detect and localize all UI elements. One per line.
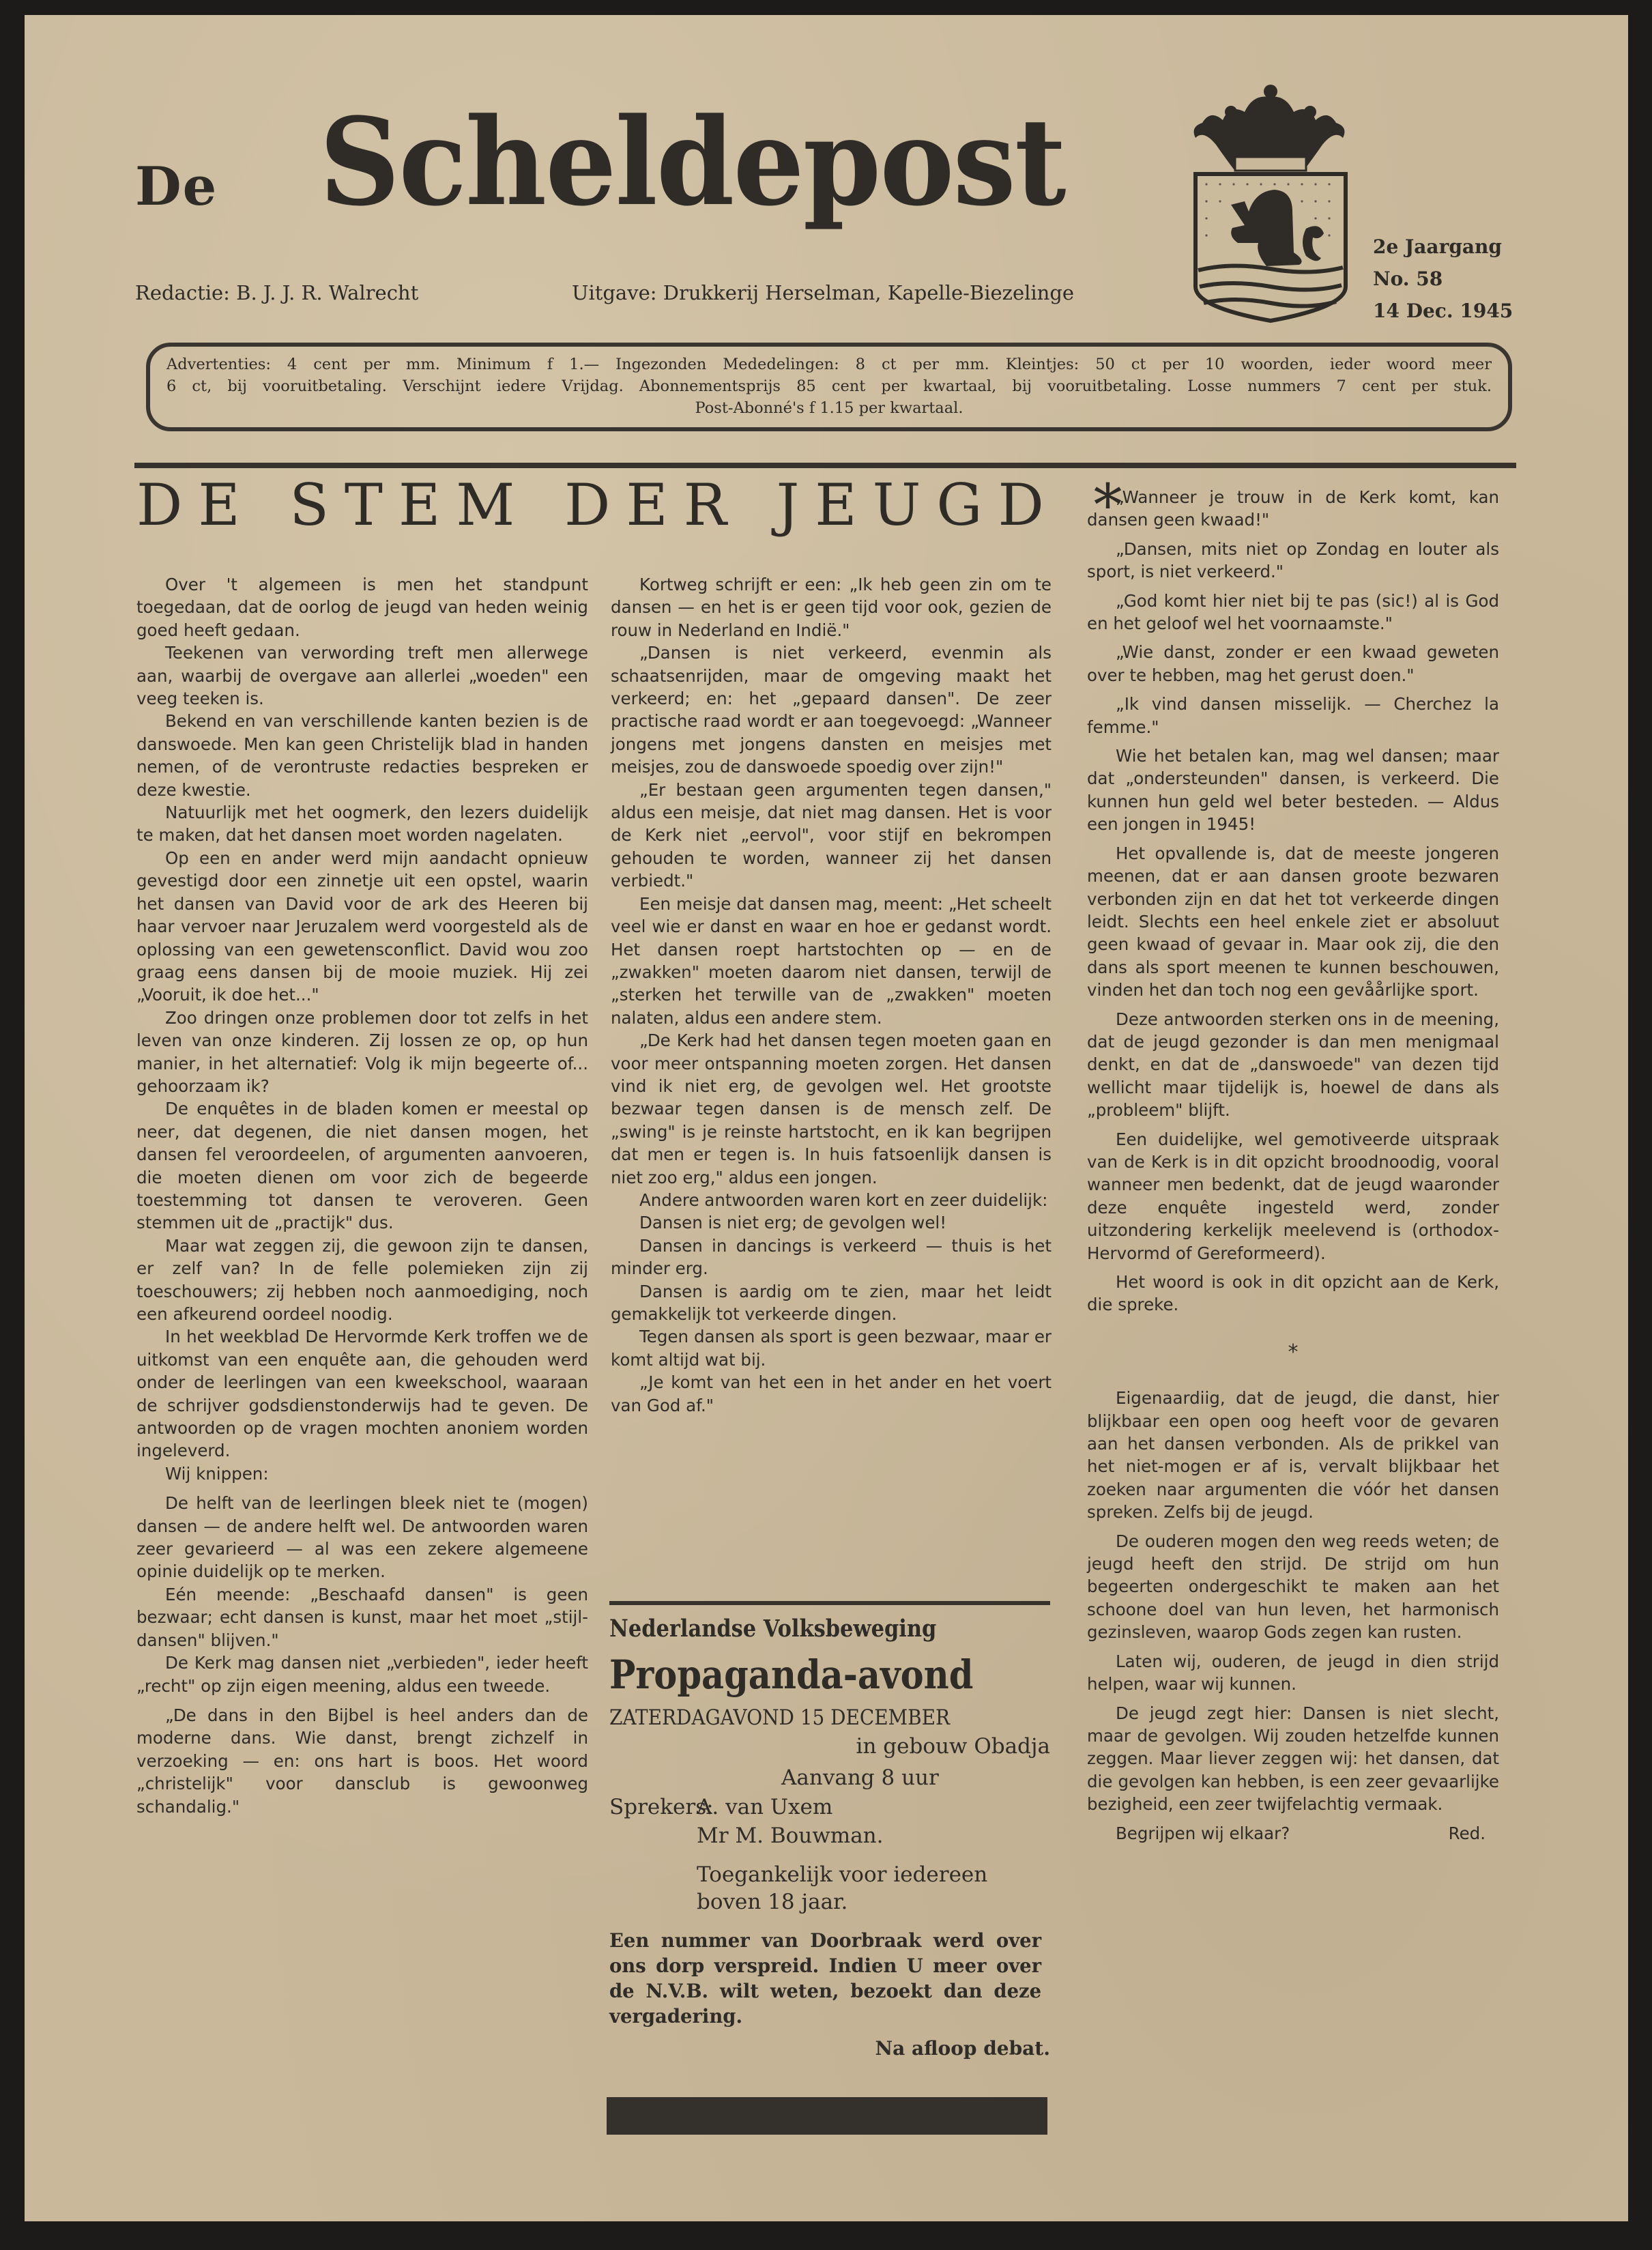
ad-speakers: Sprekers: A. van Uxem Mr M. Bouwman. bbox=[609, 1793, 1050, 1850]
speaker: A. van Uxem bbox=[697, 1793, 884, 1821]
paragraph: Het woord is ook in dit opzicht aan de K… bbox=[1087, 1271, 1499, 1316]
advertisement-rule bbox=[609, 1601, 1050, 1605]
paragraph: De jeugd zegt hier: Dansen is niet slech… bbox=[1087, 1702, 1499, 1816]
paragraph: „God komt hier niet bij te pas (sic!) al… bbox=[1087, 590, 1499, 635]
paragraph: De Kerk mag dansen niet „verbieden", ied… bbox=[136, 1652, 588, 1697]
advertisement: Nederlandse Volksbeweging Propaganda-avo… bbox=[609, 1612, 1050, 2060]
article-column-3: „Wanneer je trouw in de Kerk komt, kan d… bbox=[1087, 486, 1499, 1851]
paragraph: Over 't algemeen is men het standpunt to… bbox=[136, 573, 588, 641]
paragraph: „Dansen is niet verkeerd, evenmin als sc… bbox=[611, 641, 1052, 778]
black-bar bbox=[607, 2097, 1047, 2135]
article-headline: DE STEM DER JEUGD * bbox=[136, 476, 1138, 534]
paragraph: In het weekblad De Hervormde Kerk troffe… bbox=[136, 1325, 588, 1462]
masthead-prefix: De bbox=[135, 156, 218, 218]
rates-line: 6 ct, bij vooruitbetaling. Verschijnt ie… bbox=[150, 375, 1508, 397]
paragraph: Natuurlijk met het oogmerk, den lezers d… bbox=[136, 801, 588, 847]
paragraph: „Wanneer je trouw in de Kerk komt, kan d… bbox=[1087, 486, 1499, 532]
rates-box: Advertenties: 4 cent per mm. Minimum f 1… bbox=[146, 343, 1512, 431]
signature: Red. bbox=[1449, 1822, 1486, 1845]
article-column-1: Over 't algemeen is men het standpunt to… bbox=[136, 573, 588, 1818]
paragraph: „Ik vind dansen misselijk. — Cherchez la… bbox=[1087, 693, 1499, 738]
paragraph: Wie het betalen kan, mag wel dansen; maa… bbox=[1087, 745, 1499, 836]
paragraph: Eigenaardiig, dat de jeugd, die danst, h… bbox=[1087, 1387, 1499, 1523]
volume: 2e Jaargang bbox=[1373, 231, 1513, 263]
ad-admission: Toegankelijk voor iedereen boven 18 jaar… bbox=[609, 1861, 1050, 1916]
masthead-title: Scheldepost bbox=[319, 102, 1065, 222]
paragraph: Dansen is aardig om te zien, maar het le… bbox=[611, 1280, 1052, 1326]
paragraph: Tegen dansen als sport is geen bezwaar, … bbox=[611, 1325, 1052, 1371]
paragraph: De helft van de leerlingen bleek niet te… bbox=[136, 1492, 588, 1583]
ad-organisation: Nederlandse Volksbeweging bbox=[609, 1615, 993, 1643]
editor-line: Redactie: B. J. J. R. Walrecht bbox=[135, 281, 418, 304]
closing-question: Begrijpen wij elkaar? bbox=[1116, 1822, 1290, 1845]
publisher-line: Uitgave: Drukkerij Herselman, Kapelle-Bi… bbox=[572, 281, 1074, 304]
paragraph: Een meisje dat dansen mag, meent: „Het s… bbox=[611, 893, 1052, 1029]
paragraph: „De Kerk had het dansen tegen moeten gaa… bbox=[611, 1029, 1052, 1189]
paragraph: Teekenen van verwording treft men allerw… bbox=[136, 641, 588, 710]
ad-event-title: Propaganda-avond bbox=[609, 1654, 997, 1697]
issue-date: 14 Dec. 1945 bbox=[1373, 295, 1513, 327]
paragraph: Dansen in dancings is verkeerd — thuis i… bbox=[611, 1235, 1052, 1280]
paragraph: „Je komt van het een in het ander en het… bbox=[611, 1371, 1052, 1417]
divider-rule bbox=[134, 463, 1516, 468]
closing-line: Begrijpen wij elkaar? Red. bbox=[1087, 1822, 1499, 1845]
ad-start-time: Aanvang 8 uur bbox=[609, 1765, 1050, 1790]
paragraph: Zoo dringen onze problemen door tot zelf… bbox=[136, 1007, 588, 1098]
paragraph: „Wie danst, zonder er een kwaad geweten … bbox=[1087, 641, 1499, 687]
section-separator: * bbox=[1087, 1341, 1499, 1364]
ad-date: ZATERDAGAVOND 15 DECEMBER bbox=[609, 1705, 1006, 1730]
paragraph: „Dansen, mits niet op Zondag en louter a… bbox=[1087, 538, 1499, 583]
paragraph: De enquêtes in de bladen komen er meesta… bbox=[136, 1097, 588, 1234]
paragraph: Maar wat zeggen zij, die gewoon zijn te … bbox=[136, 1235, 588, 1326]
issue-number: No. 58 bbox=[1373, 263, 1513, 295]
article-column-2: Kortweg schrijft er een: „Ik heb geen zi… bbox=[611, 573, 1052, 1417]
paragraph: Wij knippen: bbox=[136, 1462, 588, 1485]
paragraph: „Er bestaan geen argumenten tegen dansen… bbox=[611, 779, 1052, 893]
speaker: Mr M. Bouwman. bbox=[697, 1821, 884, 1850]
paragraph: „De dans in den Bijbel is heel anders da… bbox=[136, 1704, 588, 1818]
paragraph: Een duidelijke, wel gemotiveerde uitspra… bbox=[1087, 1128, 1499, 1265]
paragraph: Dansen is niet erg; de gevolgen wel! bbox=[611, 1211, 1052, 1234]
issue-info: 2e Jaargang No. 58 14 Dec. 1945 bbox=[1373, 231, 1513, 327]
paragraph: Bekend en van verschillende kanten bezie… bbox=[136, 710, 588, 801]
rates-line: Advertenties: 4 cent per mm. Minimum f 1… bbox=[150, 354, 1508, 375]
paragraph: Kortweg schrijft er een: „Ik heb geen zi… bbox=[611, 573, 1052, 641]
paragraph: Het opvallende is, dat de meeste jongere… bbox=[1087, 842, 1499, 1002]
rates-line: Post-Abonné's f 1.15 per kwartaal. bbox=[150, 397, 1508, 419]
paragraph: Eén meende: „Beschaafd dansen" is geen b… bbox=[136, 1583, 588, 1652]
coat-of-arms-icon bbox=[1190, 82, 1351, 325]
ad-debate: Na afloop debat. bbox=[609, 2037, 1050, 2060]
paragraph: De ouderen mogen den weg reeds weten; de… bbox=[1087, 1530, 1499, 1644]
paragraph: Op een en ander werd mijn aandacht opnie… bbox=[136, 847, 588, 1007]
paragraph: Deze antwoorden sterken ons in de meenin… bbox=[1087, 1008, 1499, 1122]
ad-venue: in gebouw Obadja bbox=[609, 1734, 1050, 1759]
paragraph: Andere antwoorden waren kort en zeer dui… bbox=[611, 1189, 1052, 1211]
speakers-label: Sprekers: bbox=[609, 1793, 697, 1850]
ad-notice: Een nummer van Doorbraak werd over ons d… bbox=[609, 1928, 1041, 2029]
paragraph: Laten wij, ouderen, de jeugd in dien str… bbox=[1087, 1650, 1499, 1696]
